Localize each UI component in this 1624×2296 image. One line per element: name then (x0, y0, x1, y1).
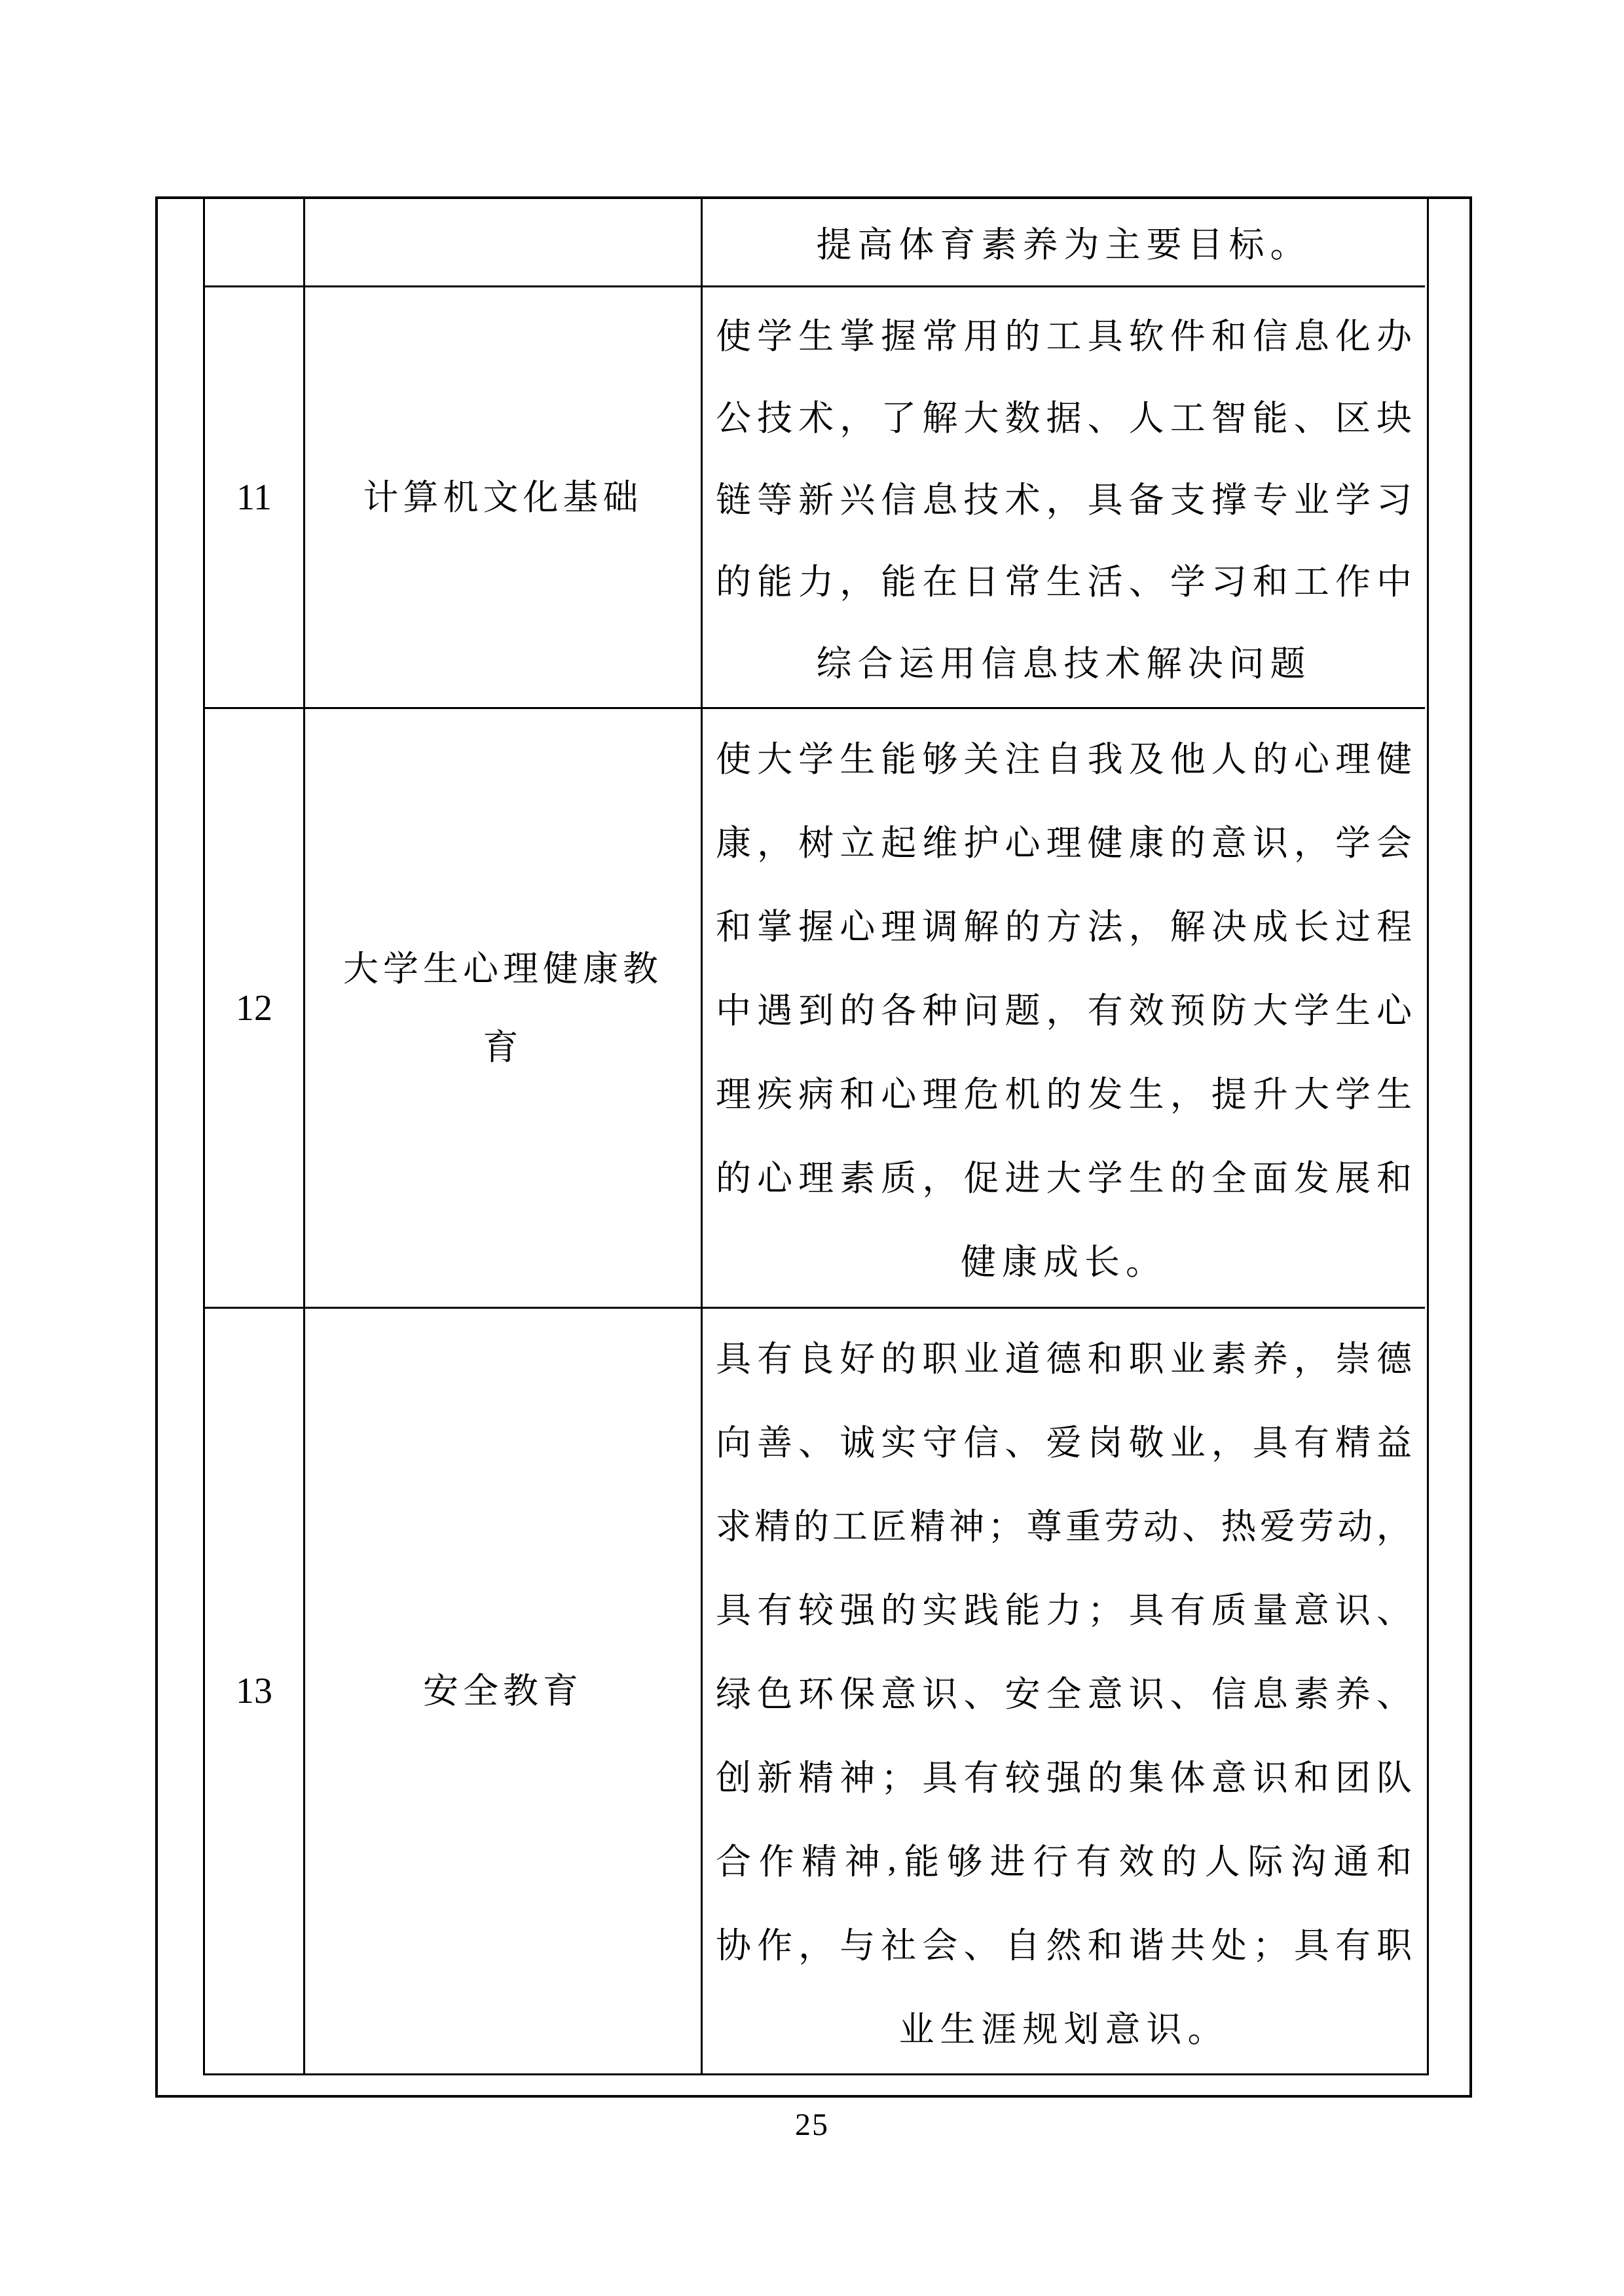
description-line: 合作精神,能够进行有效的人际沟通和 (716, 1834, 1412, 1884)
description-line: 理疾病和心理危机的发生，提升大学生 (716, 1066, 1412, 1117)
row-number-cell (205, 198, 305, 287)
row-number-cell: 12 (205, 709, 305, 1309)
description-line: 创新精神；具有较强的集体意识和团队 (716, 1750, 1412, 1800)
description-line: 协作，与社会、自然和谐共处；具有职 (716, 1918, 1412, 1968)
page-number: 25 (0, 2107, 1624, 2143)
description-line: 使大学生能够关注自我及他人的心理健 (716, 731, 1412, 782)
course-name-cell: 计算机文化基础 (305, 287, 703, 709)
description-line: 提高体育素养为主要目标。 (716, 217, 1412, 267)
description-line: 公技术，了解大数据、人工智能、区块 (716, 390, 1412, 441)
course-description-cell: 使学生掌握常用的工具软件和信息化办公技术，了解大数据、人工智能、区块链等新兴信息… (703, 287, 1425, 709)
description-line: 的心理素质，促进大学生的全面发展和 (716, 1150, 1412, 1201)
course-description-cell: 提高体育素养为主要目标。 (703, 198, 1425, 287)
description-line: 中遇到的各种问题，有效预防大学生心 (716, 983, 1412, 1033)
course-name-cell: 安全教育 (305, 1309, 703, 2073)
description-line: 绿色环保意识、安全意识、信息素养、 (716, 1666, 1412, 1717)
description-line: 具有良好的职业道德和职业素养，崇德 (716, 1331, 1412, 1381)
description-line: 求精的工匠精神；尊重劳动、热爱劳动， (716, 1499, 1412, 1549)
description-line: 综合运用信息技术解决问题 (716, 636, 1412, 686)
row-number-cell: 11 (205, 287, 305, 709)
course-name-line: 育 (305, 1008, 701, 1087)
course-name-line: 大学生心理健康教 (305, 930, 701, 1008)
course-name-cell (305, 198, 703, 287)
row-number-cell: 13 (205, 1309, 305, 2073)
course-name-line: 安全教育 (305, 1652, 701, 1730)
description-line: 链等新兴信息技术，具备支撑专业学习 (716, 472, 1412, 522)
description-line: 向善、诚实守信、爱岗敬业，具有精益 (716, 1415, 1412, 1465)
description-line: 具有较强的实践能力；具有质量意识、 (716, 1582, 1412, 1633)
description-line: 康，树立起维护心理健康的意识，学会 (716, 815, 1412, 866)
document-page: 提高体育素养为主要目标。11计算机文化基础使学生掌握常用的工具软件和信息化办公技… (0, 0, 1624, 2296)
description-line: 健康成长。 (716, 1234, 1412, 1285)
description-line: 的能力，能在日常生活、学习和工作中 (716, 554, 1412, 604)
curriculum-table: 提高体育素养为主要目标。11计算机文化基础使学生掌握常用的工具软件和信息化办公技… (203, 196, 1429, 2075)
course-description-cell: 具有良好的职业道德和职业素养，崇德向善、诚实守信、爱岗敬业，具有精益求精的工匠精… (703, 1309, 1425, 2073)
course-name-cell: 大学生心理健康教育 (305, 709, 703, 1309)
description-line: 使学生掌握常用的工具软件和信息化办 (716, 308, 1412, 359)
description-line: 和掌握心理调解的方法，解决成长过程 (716, 899, 1412, 949)
course-description-cell: 使大学生能够关注自我及他人的心理健康，树立起维护心理健康的意识，学会和掌握心理调… (703, 709, 1425, 1309)
description-line: 业生涯规划意识。 (716, 2001, 1412, 2052)
course-name-line: 计算机文化基础 (305, 458, 701, 537)
